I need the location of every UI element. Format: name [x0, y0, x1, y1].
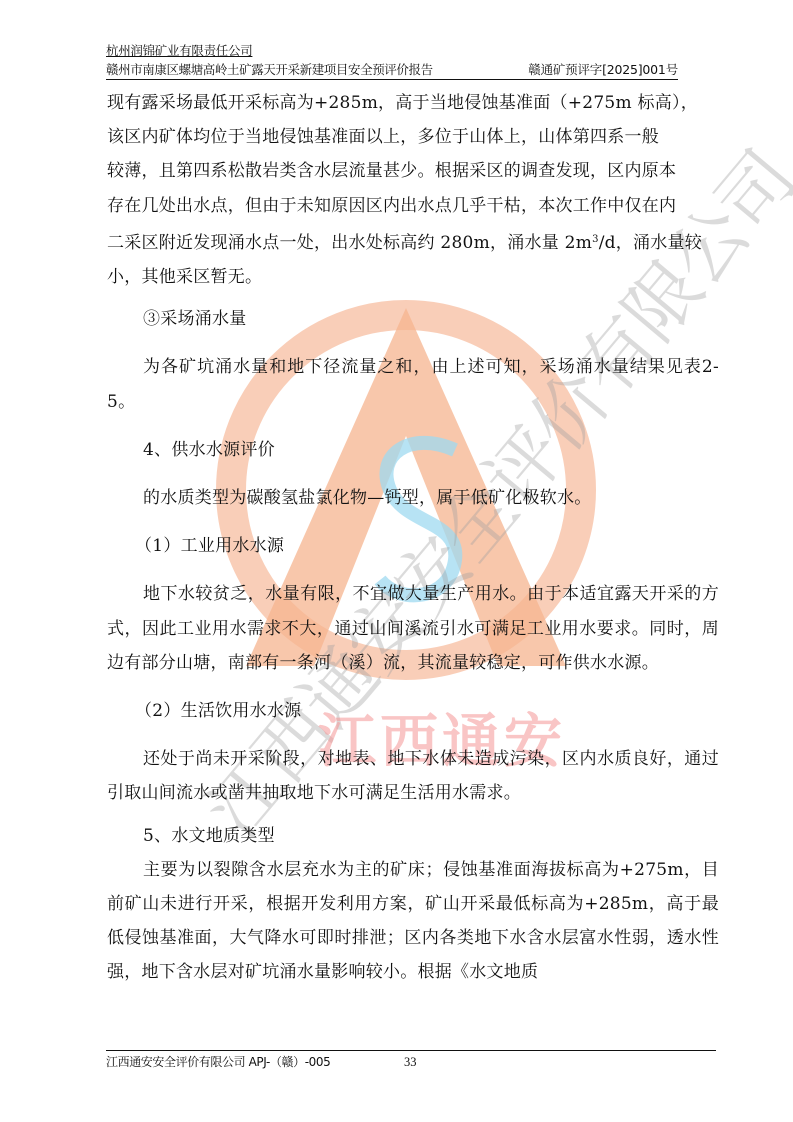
- heading-industrial-water: （1）工业用水水源: [107, 529, 719, 563]
- heading-hydrogeology-type: 5、水文地质类型: [107, 819, 719, 853]
- page-number: 33: [404, 1055, 417, 1069]
- document-page: 江西通安安全评价有限公司 江西通安 杭州润锦矿业有限责任公司 赣州市南康区螺塘高…: [0, 0, 793, 1122]
- heading-mine-water-inflow: ③采场涌水量: [107, 302, 719, 336]
- paragraph-line: 该区内矿体均位于当地侵蚀基准面以上，多位于山体上，山体第四系一般: [107, 120, 719, 154]
- paragraph: 地下水较贫乏，水量有限，不宜做大量生产用水。由于本适宜露天开采的方式，因此工业用…: [107, 577, 719, 680]
- paragraph-line: 小，其他采区暂无。: [107, 260, 719, 294]
- text-span: /d，涌水量较: [599, 233, 702, 253]
- header-company: 杭州润锦矿业有限责任公司: [106, 44, 252, 58]
- heading-water-supply-evaluation: 4、供水水源评价: [107, 433, 719, 467]
- paragraph: 主要为以裂隙含水层充水为主的矿床；侵蚀基准面海拔标高为+275m，目前矿山未进行…: [107, 853, 719, 990]
- footer: 江西通安安全评价有限公司 APJ-（赣）-005 33: [106, 1050, 716, 1070]
- paragraph-line: 较薄，且第四系松散岩类含水层流量甚少。根据采区的调查发现，区内原本: [107, 154, 719, 188]
- body-content: 现有露采场最低开采标高为+285m，高于当地侵蚀基准面（+275m 标高）， 该…: [107, 86, 719, 990]
- paragraph: 为各矿坑涌水量和地下径流量之和，由上述可知，采场涌水量结果见表2-5。: [107, 350, 719, 418]
- header-doc-number: 赣通矿预评字[2025]001号: [528, 62, 678, 77]
- heading-domestic-water: （2）生活饮用水水源: [107, 694, 719, 728]
- paragraph: 还处于尚未开采阶段，对地表、地下水体未造成污染，区内水质良好，通过引取山间流水或…: [107, 742, 719, 810]
- text-span: 二采区附近发现涌水点一处，出水处标高约 280m，涌水量 2m: [107, 233, 592, 253]
- paragraph-line: 现有露采场最低开采标高为+285m，高于当地侵蚀基准面（+275m 标高），: [107, 86, 719, 120]
- footer-company-code: 江西通安安全评价有限公司 APJ-（赣）-005: [106, 1055, 330, 1069]
- paragraph: 的水质类型为碳酸氢盐氯化物—钙型，属于低矿化极软水。: [107, 481, 719, 515]
- superscript: 3: [592, 234, 599, 245]
- paragraph-line: 存在几处出水点，但由于未知原因区内出水点几乎干枯，本次工作中仅在内: [107, 189, 719, 223]
- paragraph-line: 二采区附近发现涌水点一处，出水处标高约 280m，涌水量 2m3/d，涌水量较: [107, 223, 719, 260]
- header-row: 赣州市南康区螺塘高岭土矿露天开采新建项目安全预评价报告 赣通矿预评字[2025]…: [106, 62, 678, 80]
- header-report-title: 赣州市南康区螺塘高岭土矿露天开采新建项目安全预评价报告: [106, 62, 433, 77]
